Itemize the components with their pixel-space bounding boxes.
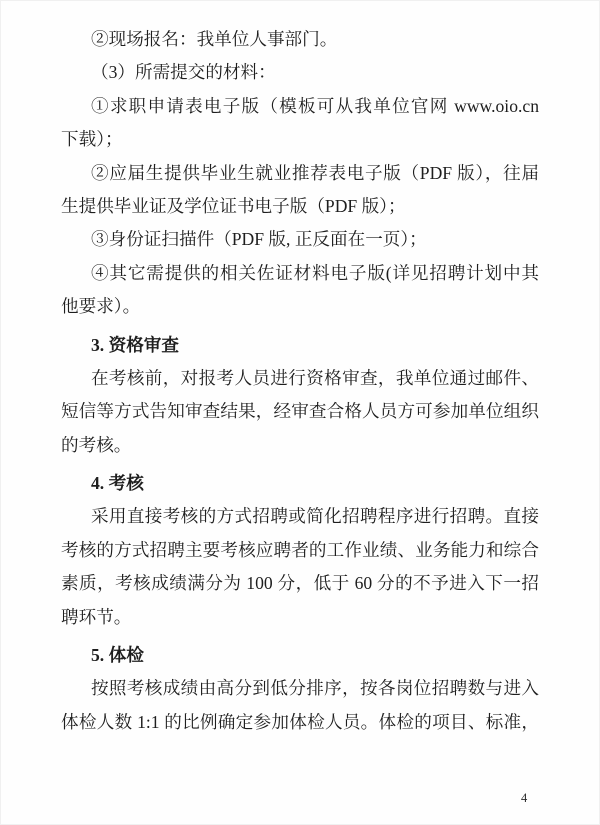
page-number: 4 — [521, 791, 527, 806]
document-line: ④其它需提供的相关佐证材料电子版(详见招聘计划中其 — [61, 257, 539, 290]
document-line: 在考核前，对报考人员进行资格审查，我单位通过邮件、 — [61, 362, 539, 395]
document-line: 下载）； — [61, 123, 539, 156]
document-line: ②应届生提供毕业生就业推荐表电子版（PDF 版），往届 — [61, 157, 539, 190]
section-heading: 4. 考核 — [61, 467, 539, 500]
document-line: 体检人数 1:1 的比例确定参加体检人员。体检的项目、标准， — [61, 706, 539, 739]
document-line: 聘环节。 — [61, 601, 539, 634]
section-heading: 5. 体检 — [61, 639, 539, 672]
document-line: 按照考核成绩由高分到低分排序，按各岗位招聘数与进入 — [61, 672, 539, 705]
document-line: 素质，考核成绩满分为 100 分，低于 60 分的不予进入下一招 — [61, 567, 539, 600]
document-line: （3）所需提交的材料： — [61, 56, 539, 89]
document-line: 他要求）。 — [61, 290, 539, 323]
document-line: ②现场报名：我单位人事部门。 — [61, 23, 539, 56]
document-line: 考核的方式招聘主要考核应聘者的工作业绩、业务能力和综合 — [61, 534, 539, 567]
document-line: ①求职申请表电子版（模板可从我单位官网 www.oio.cn — [61, 90, 539, 123]
section-heading: 3. 资格审查 — [61, 329, 539, 362]
document-line: 采用直接考核的方式招聘或简化招聘程序进行招聘。直接 — [61, 500, 539, 533]
document-page: ②现场报名：我单位人事部门。（3）所需提交的材料：①求职申请表电子版（模板可从我… — [0, 0, 600, 825]
document-lines: ②现场报名：我单位人事部门。（3）所需提交的材料：①求职申请表电子版（模板可从我… — [61, 23, 539, 739]
document-line: 生提供毕业证及学位证书电子版（PDF 版）； — [61, 190, 539, 223]
document-line: ③身份证扫描件（PDF 版, 正反面在一页）； — [61, 223, 539, 256]
document-line: 短信等方式告知审查结果，经审查合格人员方可参加单位组织 — [61, 395, 539, 428]
document-line: 的考核。 — [61, 429, 539, 462]
